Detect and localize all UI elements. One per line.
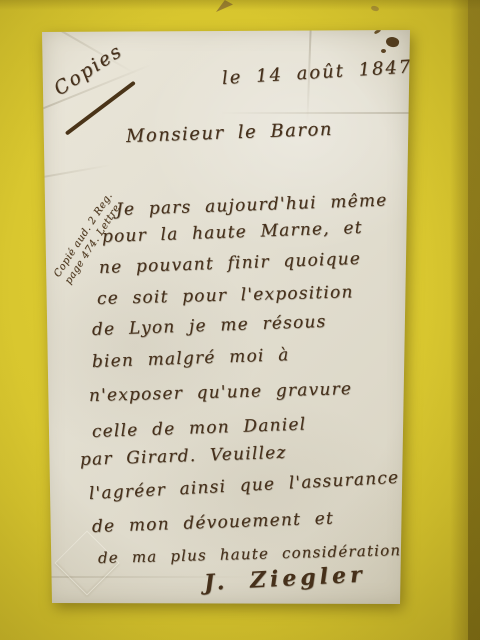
edge-shadow <box>450 0 468 640</box>
body-line: Je pars aujourd'hui même <box>116 191 388 220</box>
body-line: n'exposer qu'une gravure <box>89 379 353 406</box>
ink-blot-speck <box>374 28 382 34</box>
crease <box>220 112 410 114</box>
body-line: pour la haute Marne, et <box>102 218 363 247</box>
body-line: celle de mon Daniel <box>92 415 307 442</box>
crease <box>42 164 111 178</box>
body-line: de mon dévouement et <box>92 509 335 537</box>
body-line: bien malgré moi à <box>92 345 290 372</box>
top-shadow <box>0 0 480 10</box>
body-line: de Lyon je me résous <box>92 312 327 340</box>
letter-paper: Copies Copié aud. 2 Reg. page 474. Lettr… <box>42 28 410 606</box>
ink-blot-drip <box>381 49 386 53</box>
letter-paper-wrap: Copies Copié aud. 2 Reg. page 474. Lettr… <box>42 28 410 606</box>
mat-edge-band <box>468 0 480 640</box>
body-line: ce soit pour l'exposition <box>97 282 354 309</box>
ink-blot <box>385 35 401 49</box>
body-line: ne pouvant finir quoique <box>99 249 362 278</box>
date-line: le 14 août 1847 <box>221 56 413 89</box>
photo-of-letter: Copies Copié aud. 2 Reg. page 474. Lettr… <box>0 0 480 640</box>
body-line: par Girard. Veuillez <box>80 443 287 470</box>
signature: J. Ziegler <box>203 562 366 596</box>
archival-copies-mark: Copies <box>50 40 127 101</box>
body-line: l'agréer ainsi que l'assurance <box>88 468 399 504</box>
salutation: Monsieur le Baron <box>126 119 334 147</box>
